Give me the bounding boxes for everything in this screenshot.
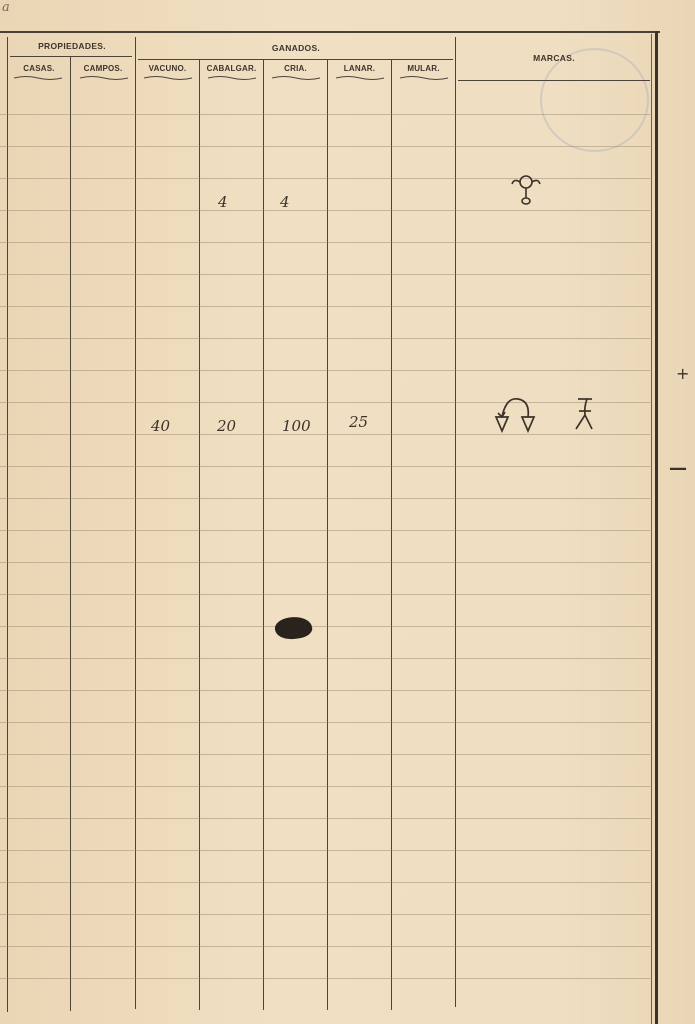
row-rule <box>0 178 652 179</box>
cell-cria-row-b: 100 <box>282 417 311 435</box>
row-rule <box>0 722 652 723</box>
row-rule <box>0 338 652 339</box>
ledger-page: a PROPIEDADES. GANADOS. MARCAS. CASAS. C… <box>0 0 695 1024</box>
row-rule <box>0 146 652 147</box>
col-rule <box>455 37 456 1007</box>
row-rule <box>0 690 652 691</box>
row-rule <box>0 594 652 595</box>
group-header-ganados: GANADOS. <box>136 43 456 53</box>
row-rule <box>0 562 652 563</box>
margin-mark-dash: — <box>669 458 687 479</box>
col-rule <box>135 37 136 1009</box>
row-rule <box>0 850 652 851</box>
col-rule <box>7 37 8 1012</box>
row-rule <box>0 274 652 275</box>
cell-cabalgar-row-a: 4 <box>218 193 228 211</box>
col-rule <box>199 60 200 1010</box>
cell-cabalgar-row-b: 20 <box>217 417 236 435</box>
column-header-mular: MULAR. <box>392 64 455 73</box>
brand-mark-triangles-icon <box>490 393 600 435</box>
row-rule <box>0 658 652 659</box>
row-rule <box>0 306 652 307</box>
row-rule <box>0 914 652 915</box>
frame-inner-rule <box>651 34 652 1024</box>
col-rule <box>327 60 328 1010</box>
col-rule <box>70 56 71 1011</box>
row-rule <box>0 498 652 499</box>
row-rule <box>0 114 652 115</box>
frame-outer-rule <box>655 31 658 1024</box>
row-rule <box>0 754 652 755</box>
row-rule <box>0 530 652 531</box>
cell-cria-row-a: 4 <box>280 193 290 211</box>
row-rule <box>0 242 652 243</box>
row-rule <box>0 210 652 211</box>
column-header-cabalgar: CABALGAR. <box>200 64 263 73</box>
group-header-marcas: MARCAS. <box>456 53 652 63</box>
column-header-vacuno: VACUNO. <box>136 64 199 73</box>
table-frame <box>0 31 660 1023</box>
row-rule <box>0 818 652 819</box>
row-rule <box>0 626 652 627</box>
row-rule <box>0 466 652 467</box>
column-header-lanar: LANAR. <box>328 64 391 73</box>
margin-mark-plus: + <box>676 364 689 383</box>
brand-mark-icon <box>508 170 544 208</box>
column-header-casas: CASAS. <box>8 64 70 73</box>
column-header-cria: CRIA. <box>264 64 327 73</box>
column-header-campos: CAMPOS. <box>71 64 135 73</box>
corner-annotation: a <box>2 0 10 15</box>
row-rule <box>0 978 652 979</box>
cell-lanar-row-b: 25 <box>349 413 368 431</box>
faded-seal-stamp <box>540 48 649 152</box>
row-rule <box>0 882 652 883</box>
row-rule <box>0 370 652 371</box>
col-rule <box>391 60 392 1010</box>
marcas-underline <box>458 80 650 81</box>
col-rule <box>263 60 264 1010</box>
cell-vacuno-row-b: 40 <box>151 417 170 435</box>
header-flourishes <box>0 74 455 82</box>
group-underline <box>138 59 453 60</box>
row-rule <box>0 946 652 947</box>
group-header-propiedades: PROPIEDADES. <box>8 41 136 51</box>
group-underline <box>10 56 132 57</box>
row-rule <box>0 786 652 787</box>
